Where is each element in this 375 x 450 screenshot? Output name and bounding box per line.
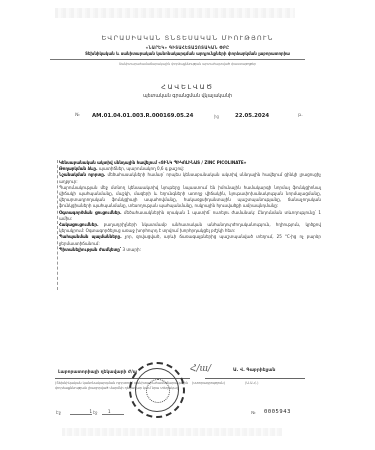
usage-paragraph: Օգտագործման ցուցումներ. մեծահասակներին օ… <box>59 210 321 222</box>
organization-subtitle: Տեխնիկական և սանիտարական կանոնակարգման ա… <box>0 51 375 56</box>
contraindications-label: Հակացուցումներ. <box>59 222 99 227</box>
signer-name: Ա. Վ. Գաբրիելյան <box>233 368 275 373</box>
storage-paragraph: Պահպանման պայմանները. չոր, զովացված, արև… <box>59 234 321 246</box>
from-label: ից <box>214 114 219 119</box>
page-current: 1 <box>70 409 92 415</box>
contraindications-paragraph: Հակացուցումներ. բաղադրիչների նկատմամբ ան… <box>59 222 321 234</box>
certificate-number: AM.01.04.01.003.R.000169.05.24 <box>92 113 193 119</box>
shelf-life-paragraph: Պիտանելիության ժամկետը՝ 3 տարի: <box>59 247 321 253</box>
release-form-label: Թողարկման ձևը. <box>59 166 98 171</box>
shelf-life-label: Պիտանելիության ժամկետը՝ <box>59 247 121 252</box>
document-subtitle: պետական գրանցման վկայականի <box>0 94 375 99</box>
product-name: «ՑԻՆԿ ՊԻԿՈԼԻՆԱՏ / ZINC PICOLINATE» <box>158 160 246 165</box>
composition-paragraph: Պարունակության մեջ մտնող կենսաակտիվ նյու… <box>59 185 321 210</box>
serial-sign: № <box>251 410 255 415</box>
document-title: ՀԱՎԵԼՎԱԾ <box>0 83 375 91</box>
number-sign: № <box>75 113 80 118</box>
header-note: Սանիտարահամաճարակային փորձաքննության արտ… <box>0 62 375 66</box>
signer-name-line <box>205 378 305 379</box>
page-label: Էջ <box>56 410 61 415</box>
document-body: Կենսաբանական ակտիվ սննդային հավելում «ՑԻ… <box>59 160 321 253</box>
signature-caption: (ստորագրություն) <box>192 381 225 385</box>
contraindications-text: բաղադրիչների նկատմամբ անհատական անհանդու… <box>59 222 321 233</box>
signer-caption: (Ա.Ա.Հ.) <box>245 381 259 385</box>
shelf-life-text: 3 տարի: <box>123 247 141 252</box>
year-suffix: թ. <box>298 113 303 118</box>
scan-texture-bottom <box>62 428 282 436</box>
certificate-date: 22.05.2024 <box>235 113 269 119</box>
union-title: ԵՎՐԱՍԻԱԿԱՆ ՏՆՏԵՍԱԿԱՆ ՄԻՈՒԹՅՈՒՆ <box>0 34 375 42</box>
storage-label: Պահպանման պայմանները. <box>59 234 122 239</box>
seal-emblem-icon <box>146 379 170 403</box>
official-seal-stamp <box>129 362 185 418</box>
release-form-text: պատիճներ, պարունակող 0,6 գ քաշով: <box>99 166 184 171</box>
lab-head-title: Լաբորատորիայի ղեկավարի ժ/պ <box>58 370 137 375</box>
page-of-label: էջ <box>93 410 98 415</box>
organization-name: «ՆԱՐԵԿ» ԳԻՏԱՀԵՏԱԶՈՏԱԿԱՆ ՓԲԸ <box>0 45 375 50</box>
scan-texture-top <box>55 8 295 18</box>
handwritten-signature: Հ/ա/ <box>190 364 211 374</box>
margin-dashed-line <box>57 160 58 290</box>
product-label: Կենսաբանական ակտիվ սննդային հավելում <box>59 160 157 165</box>
usage-label: Օգտագործման ցուցումներ. <box>59 210 122 215</box>
certificate-number-row: № AM.01.04.01.003.R.000169.05.24 ից 22.0… <box>0 113 375 123</box>
header-divider <box>50 59 305 60</box>
purpose-label: Նշանակման ոլորտը. <box>59 172 105 177</box>
page-total: 1 <box>102 409 124 415</box>
purpose-paragraph: Նշանակման ոլորտը. մեծահասակների համար՝ ո… <box>59 172 321 184</box>
serial-number: 0005943 <box>264 409 291 415</box>
